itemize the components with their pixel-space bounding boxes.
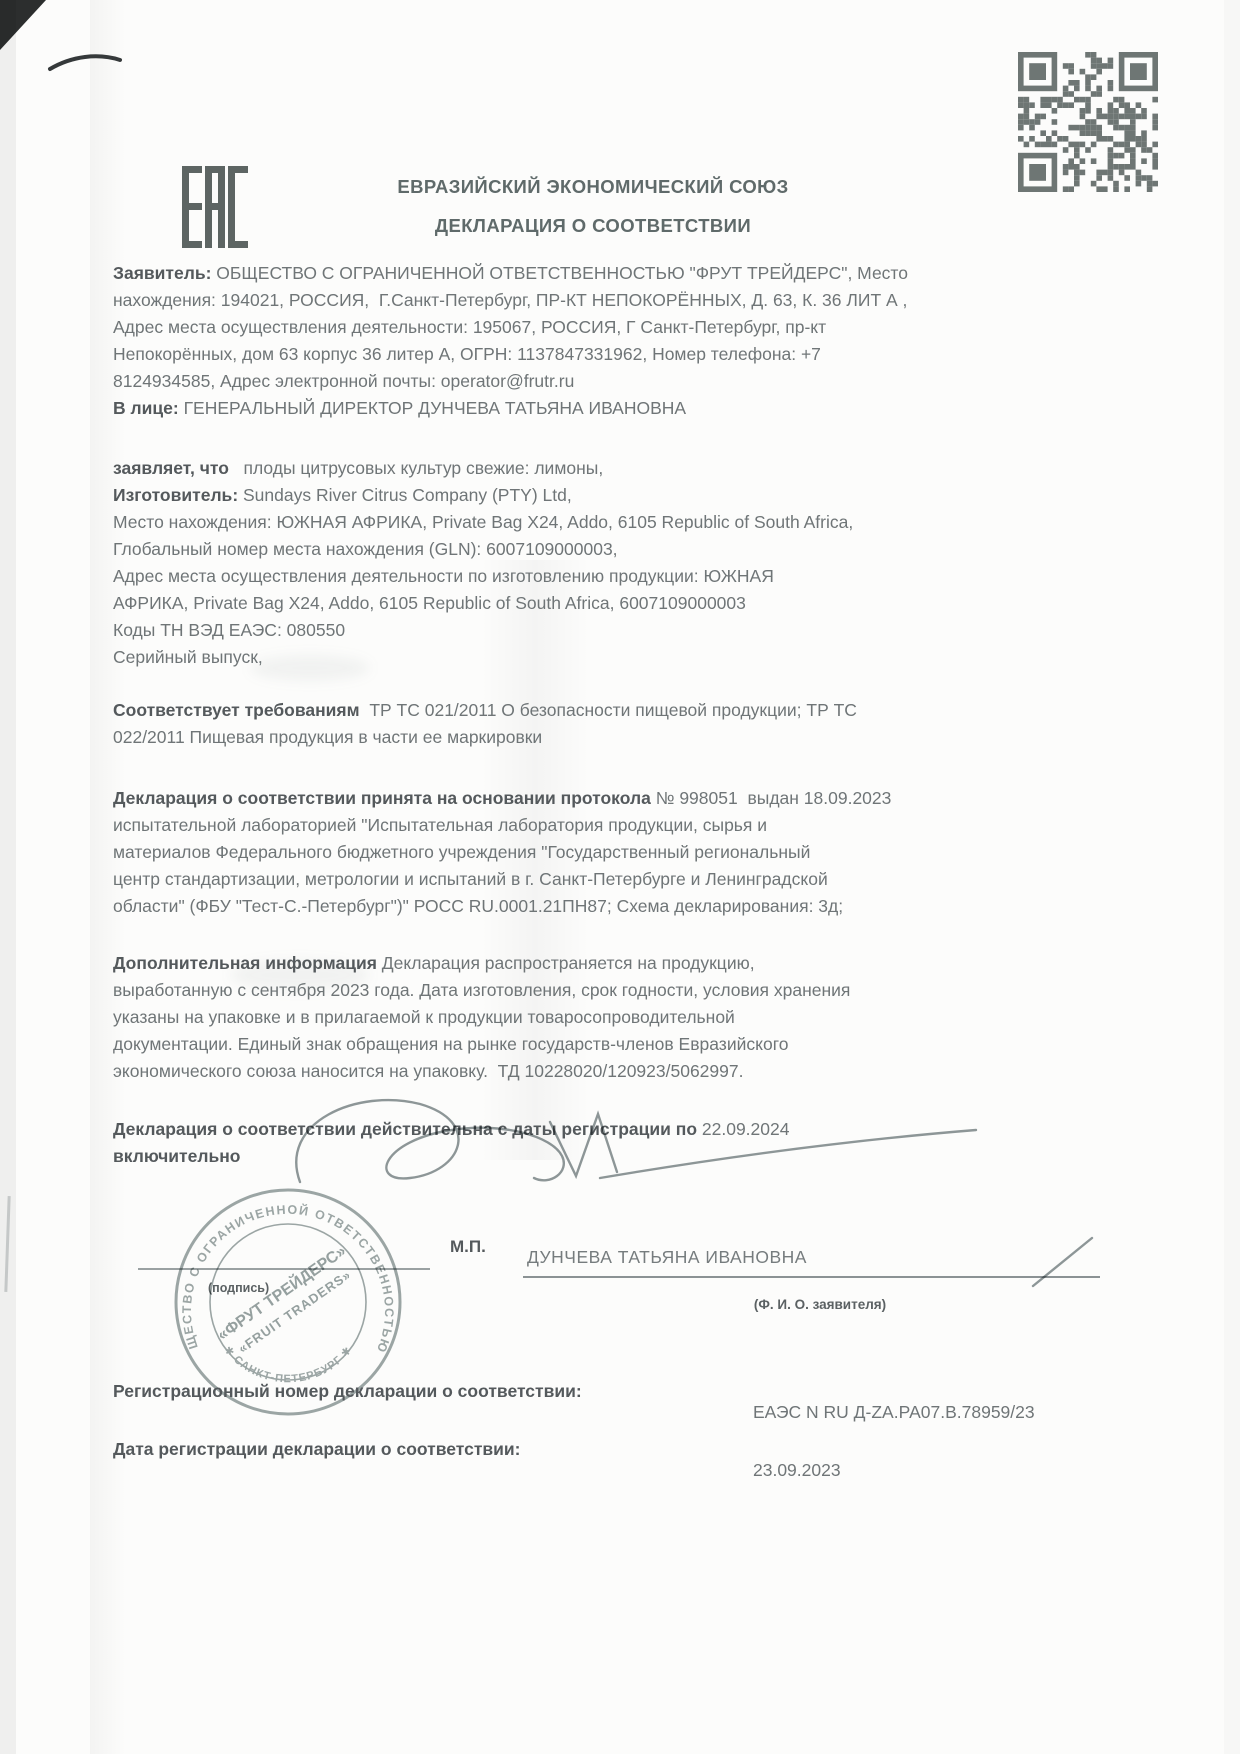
union-title: ЕВРАЗИЙСКИЙ ЭКОНОМИЧЕСКИЙ СОЮЗ <box>300 176 886 198</box>
serial-line: Серийный выпуск, <box>113 644 1073 671</box>
product-paragraph: заявляет, что плоды цитрусовых культур с… <box>113 455 1073 671</box>
product-line: Глобальный номер места нахождения (GLN):… <box>113 536 1073 563</box>
registration-number-label: Регистрационный номер декларации о соотв… <box>113 1381 582 1402</box>
applicant-line: Адрес места осуществления деятельности: … <box>113 314 1073 341</box>
representative-line: В лице: ГЕНЕРАЛЬНЫЙ ДИРЕКТОР ДУНЧЕВА ТАТ… <box>113 395 1073 422</box>
additional-line: выработанную с сентября 2023 года. Дата … <box>113 977 1073 1004</box>
eac-logo: EAC <box>182 166 248 253</box>
basis-line: центр стандартизации, метрологии и испыт… <box>113 866 1073 893</box>
declaration-title: ДЕКЛАРАЦИЯ О СООТВЕТСТВИИ <box>300 215 886 237</box>
registration-date-value: 23.09.2023 <box>753 1460 841 1481</box>
qr-code <box>1018 52 1158 192</box>
registration-date-row: Дата регистрации декларации о соответств… <box>0 1418 1240 1445</box>
product-line: Адрес места осуществления деятельности п… <box>113 563 1073 590</box>
basis-line: материалов Федерального бюджетного учреж… <box>113 839 1073 866</box>
applicant-paragraph: Заявитель: ОБЩЕСТВО С ОГРАНИЧЕННОЙ ОТВЕТ… <box>113 260 1073 422</box>
product-line: АФРИКА, Private Bag X24, Addo, 6105 Repu… <box>113 590 1073 617</box>
scan-streak <box>1224 0 1240 1754</box>
basis-line: испытательной лабораторией "Испытательна… <box>113 812 1073 839</box>
product-line: заявляет, что плоды цитрусовых культур с… <box>113 455 1073 482</box>
applicant-line: 8124934585, Адрес электронной почты: ope… <box>113 368 1073 395</box>
scan-edge-mark <box>4 1196 10 1292</box>
pen-mark <box>40 45 130 85</box>
basis-paragraph: Декларация о соответствии принята на осн… <box>113 785 1073 920</box>
manufacturer-label: Изготовитель: <box>113 485 238 505</box>
registration-date-label: Дата регистрации декларации о соответств… <box>113 1439 521 1460</box>
additional-line: Дополнительная информация Декларация рас… <box>113 950 1073 977</box>
basis-line: области" (ФБУ "Тест-С.-Петербург")" РОСС… <box>113 893 1073 920</box>
applicant-line: нахождения: 194021, РОССИЯ, Г.Санкт-Пете… <box>113 287 1073 314</box>
protocol-number-text: № 998051 выдан 18.09.2023 <box>651 788 892 808</box>
compliance-paragraph: Соответствует требованиям ТР ТС 021/2011… <box>113 697 1073 751</box>
scan-corner-artifact <box>0 0 46 50</box>
basis-label: Декларация о соответствии принята на осн… <box>113 788 651 808</box>
additional-text: Декларация распространяется на продукцию… <box>377 953 755 973</box>
registration-number-row: Регистрационный номер декларации о соотв… <box>0 1360 1240 1387</box>
additional-line: указаны на упаковке и в прилагаемой к пр… <box>113 1004 1073 1031</box>
applicant-label: Заявитель: <box>113 263 211 283</box>
manufacturer-text: Sundays River Citrus Company (PTY) Ltd, <box>238 485 572 505</box>
representative-text: ГЕНЕРАЛЬНЫЙ ДИРЕКТОР ДУНЧЕВА ТАТЬЯНА ИВА… <box>179 398 686 418</box>
applicant-line: Непокорённых, дом 63 корпус 36 литер А, … <box>113 341 1073 368</box>
representative-label: В лице: <box>113 398 179 418</box>
compliance-line: 022/2011 Пищевая продукция в части ее ма… <box>113 724 1073 751</box>
applicant-text: ОБЩЕСТВО С ОГРАНИЧЕННОЙ ОТВЕТСТВЕННОСТЬЮ… <box>211 263 908 283</box>
document-page: EAC ЕВРАЗИЙСКИЙ ЭКОНОМИЧЕСКИЙ СОЮЗ ДЕКЛА… <box>0 0 1240 1754</box>
additional-line: документации. Единый знак обращения на р… <box>113 1031 1073 1058</box>
additional-label: Дополнительная информация <box>113 953 377 973</box>
manufacturer-line: Изготовитель: Sundays River Citrus Compa… <box>113 482 1073 509</box>
compliance-line: Соответствует требованиям ТР ТС 021/2011… <box>113 697 1073 724</box>
declares-label: заявляет, что <box>113 458 229 478</box>
product-line: Место нахождения: ЮЖНАЯ АФРИКА, Private … <box>113 509 1073 536</box>
product-text: плоды цитрусовых культур свежие: лимоны, <box>229 458 603 478</box>
document-header: ЕВРАЗИЙСКИЙ ЭКОНОМИЧЕСКИЙ СОЮЗ ДЕКЛАРАЦИ… <box>300 176 886 237</box>
tnved-code-line: Коды ТН ВЭД ЕАЭС: 080550 <box>113 617 1073 644</box>
compliance-label: Соответствует требованиям <box>113 700 360 720</box>
eac-logo-glyphs <box>182 166 248 248</box>
applicant-line: Заявитель: ОБЩЕСТВО С ОГРАНИЧЕННОЙ ОТВЕТ… <box>113 260 1073 287</box>
compliance-text: ТР ТС 021/2011 О безопасности пищевой пр… <box>360 700 857 720</box>
basis-line: Декларация о соответствии принята на осн… <box>113 785 1073 812</box>
